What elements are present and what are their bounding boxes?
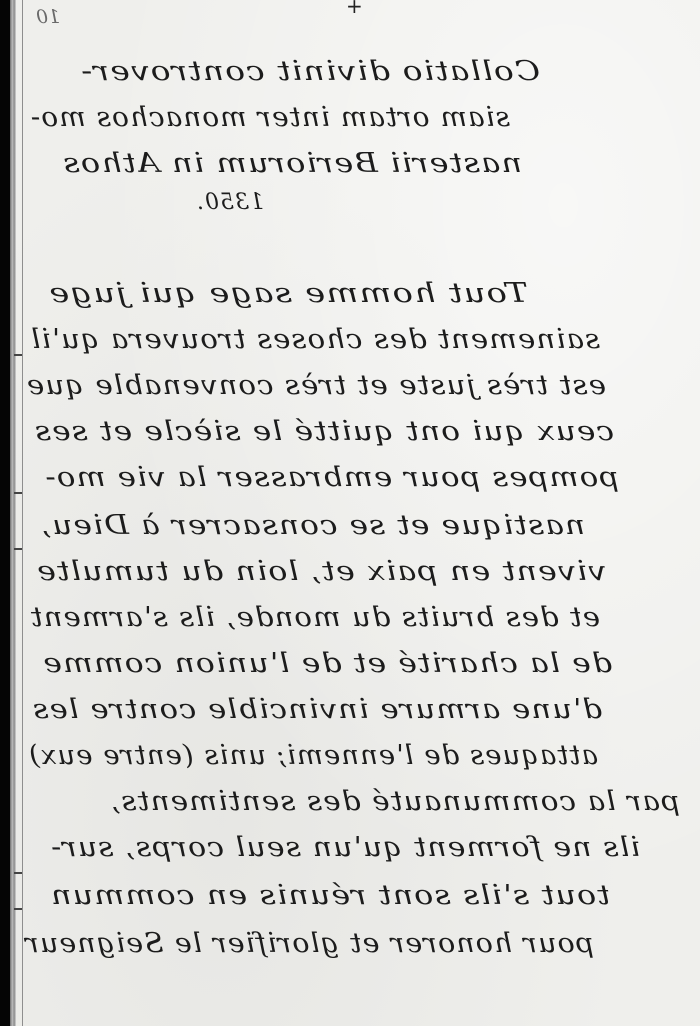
body-line: est très juste et très convenable que [26,370,606,401]
body-line: attaques de l'ennemi; unis (entre eux) [28,740,598,771]
body-line: tout s'ils sont réunis en commun [50,880,610,911]
body-line: ils ne forment qu'un seul corps, sur- [50,832,640,863]
top-cross-mark: + [346,0,363,18]
book-binding [0,0,10,1026]
body-line: nastique et se consacrer à Dieu, [40,510,585,541]
margin-tick [14,908,22,910]
heading-line: siam ortam inter monachos mo- [30,102,510,133]
body-line: de la charité et de l'union comme [42,648,612,679]
body-line: pour honorer et glorifier le Seigneur [24,928,594,959]
body-line: pompes pour embrasser la vie mo- [44,462,619,493]
margin-rule [22,0,23,1026]
heading-line: Collatio divinit controver- [80,56,540,87]
folio-number: 10 [36,6,60,28]
body-line: par la communauté des sentiments, [110,786,680,817]
margin-tick [14,354,22,356]
body-line: sainement des choses trouvera qu'il [30,324,600,355]
body-line: et des bruits du monde, ils s'arment [30,602,600,633]
margin-tick [14,492,22,494]
body-line: d'une armure invincible contre les [32,694,602,725]
body-line: ceux qui ont quitté le siècle et ses [34,416,614,447]
heading-line: nasterii Beriorum in Athos [62,148,522,179]
body-line: Tout homme sage qui juge [48,278,528,309]
margin-tick [14,548,22,550]
body-line: vivent en paix et, loin du tumulte [36,556,606,587]
heading-year: 1350. [196,190,264,215]
margin-tick [14,872,22,874]
